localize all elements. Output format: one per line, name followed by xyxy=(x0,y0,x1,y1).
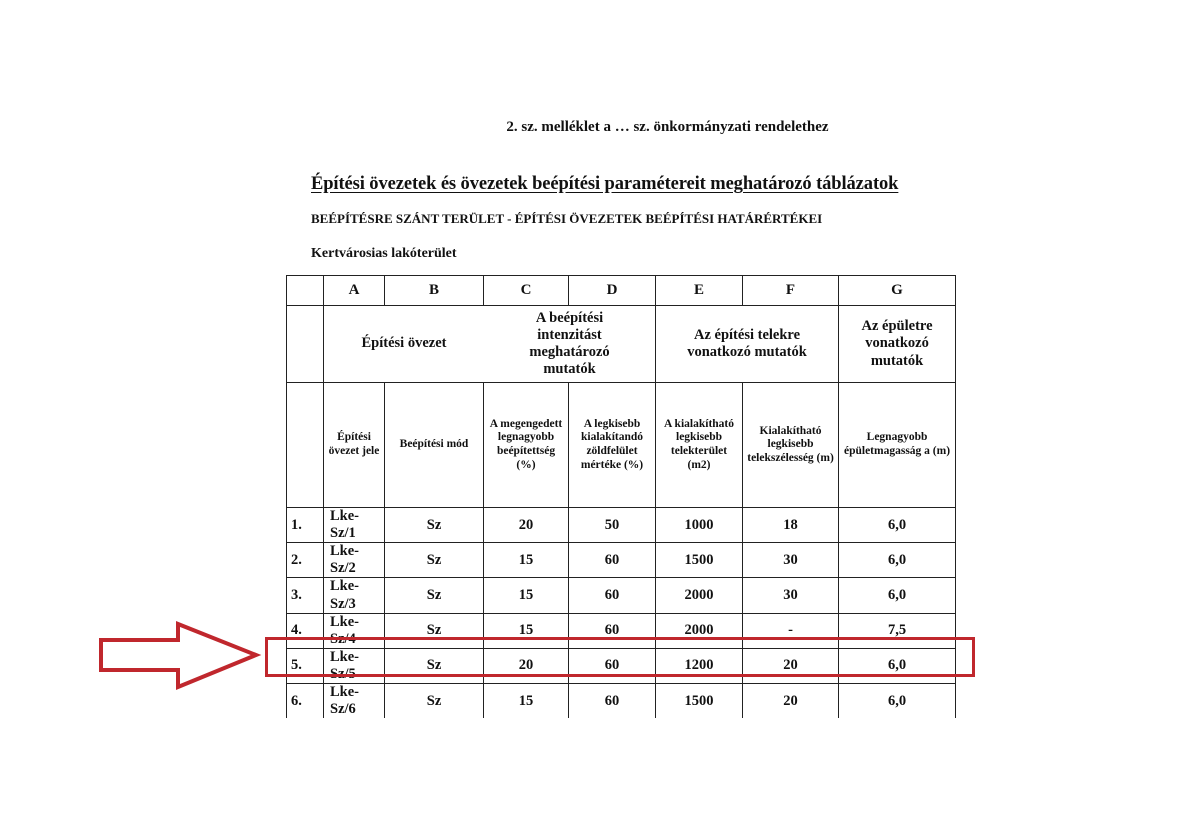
build-mode: Sz xyxy=(385,578,484,613)
right-arrow-outline-icon xyxy=(98,620,262,692)
column-letter-e: E xyxy=(656,276,743,306)
coverage: 15 xyxy=(484,543,569,578)
column-letter-d: D xyxy=(569,276,656,306)
row-index: 3. xyxy=(287,578,324,613)
column-letter-row: A B C D E F G xyxy=(287,276,956,306)
main-title: Építési övezetek és övezetek beépítési p… xyxy=(311,174,898,195)
sub-header-plot-width: Kialakítható legkisebb telekszélesség (m… xyxy=(743,383,839,508)
group-header-building: Az épületre vonatkozó mutatók xyxy=(839,306,956,383)
sub-header-coverage: A megengedett legnagyobb beépítettség (%… xyxy=(484,383,569,508)
group-header-row: Építési övezet A beépítési intenzitást m… xyxy=(287,306,956,383)
group-header-zone: Építési övezet xyxy=(324,335,484,352)
sub-header-row: Építési övezet jele Beépítési mód A mege… xyxy=(287,383,956,508)
building-height: 6,0 xyxy=(839,508,956,543)
group-header-blank xyxy=(287,306,324,383)
row-index: 1. xyxy=(287,508,324,543)
build-mode: Sz xyxy=(385,684,484,719)
plot-width: 18 xyxy=(743,508,839,543)
group-header-intensity: A beépítési intenzitást meghatározó muta… xyxy=(484,310,655,378)
zone-code: Lke-Sz/6 xyxy=(324,684,385,719)
plot-area: 1500 xyxy=(656,684,743,719)
green-area: 50 xyxy=(569,508,656,543)
zone-code: Lke-Sz/1 xyxy=(324,508,385,543)
row-index: 2. xyxy=(287,543,324,578)
plot-width: 30 xyxy=(743,543,839,578)
sub-header-green: A legkisebb kialakítandó zöldfelület mér… xyxy=(569,383,656,508)
sub-header-mode: Beépítési mód xyxy=(385,383,484,508)
table-row: 2. Lke-Sz/2 Sz 15 60 1500 30 6,0 xyxy=(287,543,956,578)
green-area: 60 xyxy=(569,543,656,578)
group-header-zone-intensity: Építési övezet A beépítési intenzitást m… xyxy=(324,306,656,383)
zone-code: Lke-Sz/2 xyxy=(324,543,385,578)
coverage: 20 xyxy=(484,508,569,543)
row-highlight-box xyxy=(265,637,975,677)
green-area: 60 xyxy=(569,578,656,613)
group-header-plot: Az építési telekre vonatkozó mutatók xyxy=(656,306,839,383)
column-letter-f: F xyxy=(743,276,839,306)
column-letter-a: A xyxy=(324,276,385,306)
build-mode: Sz xyxy=(385,543,484,578)
coverage: 15 xyxy=(484,684,569,719)
table-row: 6. Lke-Sz/6 Sz 15 60 1500 20 6,0 xyxy=(287,684,956,719)
table-row: 1. Lke-Sz/1 Sz 20 50 1000 18 6,0 xyxy=(287,508,956,543)
plot-width: 30 xyxy=(743,578,839,613)
sub-header-blank xyxy=(287,383,324,508)
plot-width: 20 xyxy=(743,684,839,719)
sub-header-zone-code: Építési övezet jele xyxy=(324,383,385,508)
zone-code: Lke-Sz/3 xyxy=(324,578,385,613)
row-index: 6. xyxy=(287,684,324,719)
sub-header-height: Legnagyobb épületmagasság a (m) xyxy=(839,383,956,508)
annex-subtitle: 2. sz. melléklet a … sz. önkormányzati r… xyxy=(0,119,1200,136)
column-letter-g: G xyxy=(839,276,956,306)
build-mode: Sz xyxy=(385,508,484,543)
building-height: 6,0 xyxy=(839,684,956,719)
column-letter-blank xyxy=(287,276,324,306)
table-row: 3. Lke-Sz/3 Sz 15 60 2000 30 6,0 xyxy=(287,578,956,613)
plot-area: 2000 xyxy=(656,578,743,613)
column-letter-c: C xyxy=(484,276,569,306)
plot-area: 1500 xyxy=(656,543,743,578)
building-height: 6,0 xyxy=(839,543,956,578)
building-height: 6,0 xyxy=(839,578,956,613)
sub-header-plot-area: A kialakítható legkisebb telekterület (m… xyxy=(656,383,743,508)
section-title: BEÉPÍTÉSRE SZÁNT TERÜLET - ÉPÍTÉSI ÖVEZE… xyxy=(311,211,822,227)
coverage: 15 xyxy=(484,578,569,613)
column-letter-b: B xyxy=(385,276,484,306)
plot-area: 1000 xyxy=(656,508,743,543)
green-area: 60 xyxy=(569,684,656,719)
zone-type-heading: Kertvárosias lakóterület xyxy=(311,246,457,262)
